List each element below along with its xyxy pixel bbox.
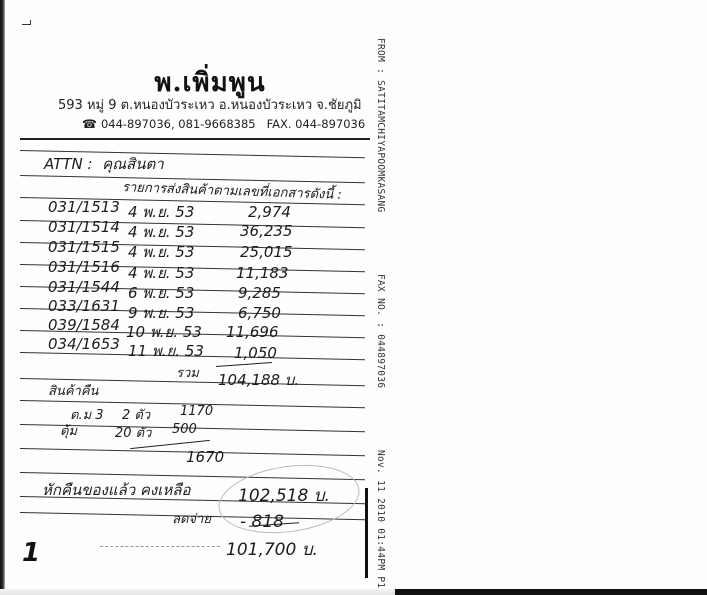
row-doc-no: 039/1584 — [48, 316, 120, 334]
scan-bottom-edge — [0, 589, 395, 595]
return-qty: 20 ตัว — [115, 422, 151, 443]
fax-number: FAX. 044-897036 — [267, 117, 366, 131]
net-label: หักคืนของแล้ว คงเหลือ — [42, 478, 190, 502]
row-doc-no: 033/1631 — [48, 297, 120, 315]
return-item: ตุ้ม — [60, 420, 77, 441]
row-doc-no: 031/1515 — [48, 238, 120, 256]
net-amount: 102,518 บ. — [238, 482, 330, 509]
phone-numbers: 044-897036, 081-9668385 — [101, 117, 256, 131]
row-doc-no: 031/1544 — [48, 278, 120, 296]
scan-left-edge — [0, 0, 5, 595]
row-amount: 2,974 — [248, 203, 291, 221]
sum-underline — [216, 362, 272, 367]
corner-mark — [22, 20, 31, 25]
return-amount: 500 — [172, 422, 197, 437]
returns-label: สินค้าคืน — [48, 380, 98, 401]
final-amount: 101,700 บ. — [226, 536, 318, 563]
fax-datetime: Nov. 11 2010 01:44PM P1 — [375, 450, 386, 588]
dashed-line — [100, 546, 220, 547]
row-date: 11 พ.ย. 53 — [128, 339, 204, 363]
attn-name: คุณสินตา — [102, 155, 164, 173]
total-label: รวม — [176, 362, 199, 383]
row-doc-no: 031/1514 — [48, 218, 120, 236]
row-doc-no: 031/1513 — [48, 198, 120, 216]
discount-amount: - 818 — [240, 512, 284, 532]
fax-number-header: FAX NO. : 044897036 — [375, 274, 386, 388]
margin-bar — [365, 488, 368, 578]
scan-bottom-edge-dark — [395, 589, 707, 595]
total-amount: 104,188 บ. — [218, 368, 299, 392]
letterhead-rule — [20, 138, 370, 140]
row-amount: 9,285 — [238, 284, 281, 302]
row-amount: 25,015 — [240, 243, 293, 261]
company-contact: ☎044-897036, 081-9668385 FAX. 044-897036 — [82, 117, 365, 131]
row-doc-no: 031/1516 — [48, 258, 120, 276]
row-amount: 11,183 — [236, 264, 289, 282]
fax-from: FROM : SATITAMCHIYAPOOMKASANG — [375, 38, 386, 213]
row-amount: 1,050 — [234, 344, 277, 362]
attn-line: ATTN : คุณสินตา — [44, 152, 164, 176]
row-amount: 11,696 — [226, 323, 279, 341]
attn-label: ATTN : — [44, 155, 93, 173]
phone-icon: ☎ — [82, 117, 97, 131]
page-number-mark: 1 — [22, 538, 40, 568]
row-amount: 6,750 — [238, 304, 281, 322]
row-doc-no: 034/1653 — [48, 335, 120, 353]
discount-label: ลดจ่าย — [172, 508, 211, 529]
row-amount: 36,235 — [240, 222, 293, 240]
return-amount: 1170 — [180, 404, 213, 419]
returns-total: 1670 — [186, 448, 224, 466]
company-address: 593 หมู่ 9 ต.หนองบัวระเหว อ.หนองบัวระเหว… — [58, 94, 378, 115]
